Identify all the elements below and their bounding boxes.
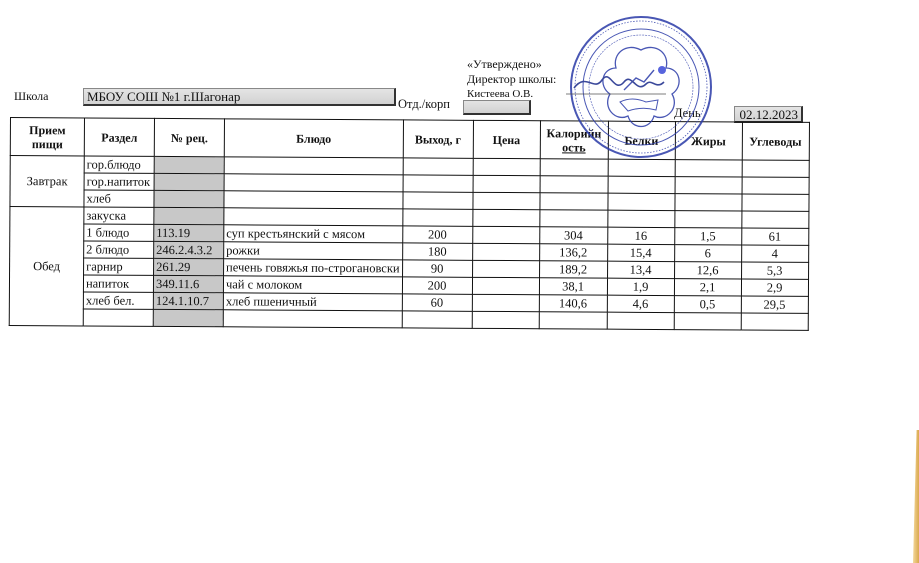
recipe-cell	[153, 309, 223, 326]
price-cell	[472, 243, 539, 260]
yield-cell: 90	[402, 260, 472, 277]
menu-table: Приемпищи Раздел № рец. Блюдо Выход, г Ц…	[9, 117, 810, 331]
dish-cell: чай с молоком	[223, 276, 402, 294]
carbs-cell	[741, 211, 808, 228]
protein-cell	[608, 176, 675, 193]
fat-cell	[674, 211, 741, 228]
col-meal: Приемпищи	[10, 118, 84, 156]
calories-cell: 38,1	[539, 278, 607, 295]
col-protein: Белки	[608, 121, 675, 159]
section-cell: 1 блюдо	[84, 224, 154, 241]
col-yield: Выход, г	[403, 120, 473, 158]
recipe-cell: 349.11.6	[153, 275, 223, 292]
yield-cell	[403, 158, 473, 175]
yield-cell: 200	[402, 277, 472, 294]
dish-cell	[223, 310, 402, 328]
dish-cell	[224, 174, 403, 192]
fat-cell	[675, 194, 742, 211]
calories-cell: 189,2	[539, 261, 607, 278]
recipe-cell: 246.2.4.3.2	[154, 241, 224, 258]
recipe-cell	[154, 190, 224, 207]
carbs-cell: 2,9	[741, 279, 808, 296]
col-recipe: № рец.	[154, 118, 224, 156]
section-cell	[83, 309, 153, 326]
branch-field[interactable]	[463, 100, 531, 115]
fat-cell: 12,6	[674, 262, 741, 279]
meal-cell: Обед	[9, 207, 84, 326]
calories-cell: 140,6	[539, 295, 607, 312]
carbs-cell: 5,3	[741, 262, 808, 279]
price-cell	[472, 209, 539, 226]
price-cell	[472, 277, 539, 294]
table-row	[9, 308, 808, 330]
recipe-cell	[154, 207, 224, 224]
protein-cell: 1,9	[607, 278, 674, 295]
col-fat: Жиры	[675, 122, 742, 160]
fat-cell: 0,5	[674, 296, 741, 313]
school-label: Школа	[14, 89, 48, 104]
protein-cell: 4,6	[607, 295, 674, 312]
calories-cell	[540, 159, 608, 176]
branch-label: Отд./корп	[398, 97, 450, 112]
protein-cell	[608, 159, 675, 176]
calories-cell: 304	[539, 227, 607, 244]
section-cell: гарнир	[84, 258, 154, 275]
dish-cell	[224, 208, 403, 226]
col-dish: Блюдо	[224, 119, 403, 158]
recipe-cell	[154, 173, 224, 190]
paper-edge	[913, 430, 919, 563]
section-cell: хлеб	[84, 190, 154, 207]
col-carbs: Углеводы	[742, 122, 809, 160]
recipe-cell: 124.1.10.7	[153, 292, 223, 309]
price-cell	[473, 158, 540, 175]
calories-cell	[539, 210, 607, 227]
meal-cell: Завтрак	[10, 156, 84, 207]
yield-cell: 180	[402, 243, 472, 260]
fat-cell: 1,5	[674, 228, 741, 245]
carbs-cell: 29,5	[741, 296, 808, 313]
protein-cell: 13,4	[607, 261, 674, 278]
protein-cell	[607, 210, 674, 227]
carbs-cell: 4	[741, 245, 808, 262]
section-cell: закуска	[84, 207, 154, 224]
section-cell: 2 блюдо	[84, 241, 154, 258]
calories-cell: 136,2	[539, 244, 607, 261]
dish-cell: печень говяжья по-строгановски	[224, 259, 403, 277]
approval-title: «Утверждено»	[467, 57, 556, 72]
yield-cell	[403, 192, 473, 209]
school-field[interactable]: МБОУ СОШ №1 г.Шагонар	[83, 88, 396, 106]
day-label: День	[674, 106, 701, 121]
calories-cell	[539, 312, 607, 329]
fat-cell: 6	[674, 245, 741, 262]
price-cell	[472, 311, 539, 328]
protein-cell: 15,4	[607, 244, 674, 261]
yield-cell: 200	[402, 226, 472, 243]
carbs-cell	[742, 194, 809, 211]
date-field[interactable]: 02.12.2023	[734, 106, 803, 123]
price-cell	[472, 226, 539, 243]
calories-cell	[540, 193, 608, 210]
carbs-cell	[742, 177, 809, 194]
carbs-cell	[741, 313, 808, 330]
section-cell: напиток	[83, 275, 153, 292]
yield-cell	[402, 311, 472, 328]
section-cell: гор.напиток	[84, 173, 154, 190]
yield-cell	[403, 175, 473, 192]
recipe-cell: 113.19	[154, 224, 224, 241]
dish-cell	[224, 191, 403, 209]
carbs-cell	[742, 160, 809, 177]
recipe-cell: 261.29	[154, 258, 224, 275]
price-cell	[472, 260, 539, 277]
recipe-cell	[154, 156, 224, 173]
fat-cell	[674, 313, 741, 330]
dish-cell: хлеб пшеничный	[223, 293, 402, 311]
fat-cell: 2,1	[674, 279, 741, 296]
col-price: Цена	[473, 120, 540, 158]
signature-icon	[574, 77, 664, 88]
yield-cell: 60	[402, 294, 472, 311]
price-cell	[473, 175, 540, 192]
approval-director: Директор школы:	[467, 72, 556, 87]
dish-cell	[224, 157, 403, 175]
approval-block: «Утверждено» Директор школы: Кистеева О.…	[467, 57, 556, 102]
section-cell: хлеб бел.	[83, 292, 153, 309]
price-cell	[473, 192, 540, 209]
section-cell: гор.блюдо	[84, 156, 154, 173]
yield-cell	[402, 209, 472, 226]
protein-cell	[608, 193, 675, 210]
fat-cell	[675, 177, 742, 194]
protein-cell	[607, 312, 674, 329]
table-header-row: Приемпищи Раздел № рец. Блюдо Выход, г Ц…	[10, 118, 809, 161]
col-calories: Калорийность	[540, 121, 608, 159]
dish-cell: суп крестьянский с мясом	[224, 225, 403, 243]
calories-cell	[540, 176, 608, 193]
col-section: Раздел	[84, 118, 154, 156]
approval-name: Кистеева О.В.	[467, 87, 556, 102]
fat-cell	[675, 160, 742, 177]
price-cell	[472, 294, 539, 311]
carbs-cell: 61	[741, 228, 808, 245]
protein-cell: 16	[607, 227, 674, 244]
dish-cell: рожки	[224, 242, 403, 260]
